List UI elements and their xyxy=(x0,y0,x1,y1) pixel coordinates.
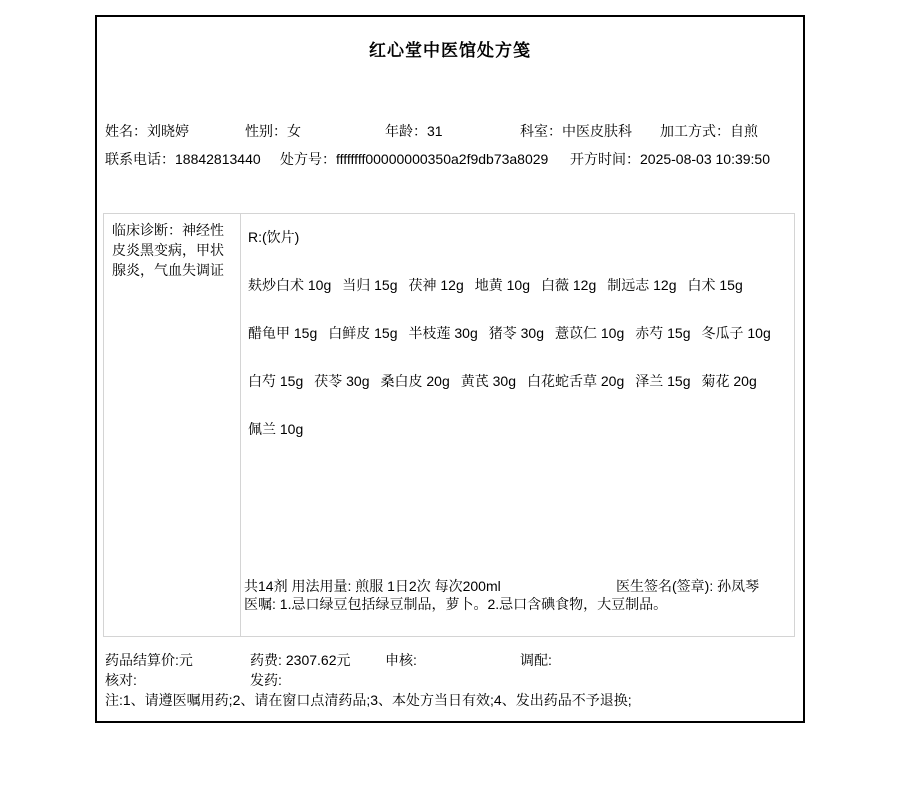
name-value: 刘晓婷 xyxy=(147,123,189,139)
herb-item: 半枝莲 30g xyxy=(409,323,478,343)
herb-item: 茯苓 30g xyxy=(314,371,369,391)
patient-age-field: 年龄：31 xyxy=(385,121,443,141)
herb-item: 麸炒白术 10g xyxy=(248,275,331,295)
herb-item: 佩兰 10g xyxy=(248,419,303,439)
herb-item: 冬瓜子 10g xyxy=(702,323,771,343)
herb-line: 醋龟甲 15g白鲜皮 15g半枝莲 30g猪苓 30g薏苡仁 10g赤芍 15g… xyxy=(248,323,788,371)
age-label: 年龄： xyxy=(385,123,427,139)
phone-value: 18842813440 xyxy=(175,151,261,167)
herb-lines: 麸炒白术 10g当归 15g茯神 12g地黄 10g白薇 12g制远志 12g白… xyxy=(248,275,788,467)
rx-header: R:(饮片) xyxy=(248,227,299,247)
herb-item: 地黄 10g xyxy=(475,275,530,295)
prepare-field: 调配: xyxy=(520,650,552,670)
herb-item: 白薇 12g xyxy=(541,275,596,295)
gender-value: 女 xyxy=(287,123,301,139)
prescribe-time-field: 开方时间：2025-08-03 10:39:50 xyxy=(570,149,770,169)
settle-price-label: 药品结算价: xyxy=(105,652,179,668)
fee-field: 药费:2307.62元 xyxy=(250,650,351,670)
check-field: 核对: xyxy=(105,670,137,690)
age-value: 31 xyxy=(427,123,443,139)
patient-gender-field: 性别：女 xyxy=(245,121,301,141)
medical-instructions: 医嘱: 1.忌口绿豆包括绿豆制品，萝卜。2.忌口含碘食物，大豆制品。 xyxy=(244,594,696,614)
processing-label: 加工方式： xyxy=(660,123,730,139)
prescription-sheet: 红心堂中医馆处方笺 姓名：刘晓婷 性别：女 年龄：31 科室：中医皮肤科 加工方… xyxy=(95,15,805,723)
review-field: 申核: xyxy=(385,650,417,670)
herb-item: 白芍 15g xyxy=(248,371,303,391)
fee-value: 2307.62元 xyxy=(286,652,351,668)
herb-line: 白芍 15g茯苓 30g桑白皮 20g黄芪 30g白花蛇舌草 20g泽兰 15g… xyxy=(248,371,788,419)
doctor-sign-label: 医生签名(签章): xyxy=(616,578,713,594)
time-label: 开方时间： xyxy=(570,151,640,167)
herb-item: 茯神 12g xyxy=(409,275,464,295)
page-title: 红心堂中医馆处方笺 xyxy=(97,36,803,61)
herb-item: 赤芍 15g xyxy=(635,323,690,343)
herb-item: 菊花 20g xyxy=(702,371,757,391)
doctor-signature: 医生签名(签章): 孙凤琴 xyxy=(616,576,759,596)
department-value: 中医皮肤科 xyxy=(562,123,632,139)
diagnosis-label: 临床诊断： xyxy=(112,222,182,238)
herb-item: 泽兰 15g xyxy=(635,371,690,391)
herb-item: 黄芪 30g xyxy=(461,371,516,391)
settle-price-field: 药品结算价:元 xyxy=(105,650,193,670)
herb-item: 制远志 12g xyxy=(607,275,676,295)
doctor-name: 孙凤琴 xyxy=(717,578,759,594)
herb-item: 醋龟甲 15g xyxy=(248,323,317,343)
dosage-usage: 共14剂 用法用量: 煎服 1日2次 每次200ml xyxy=(244,576,501,596)
processing-method-field: 加工方式：自煎 xyxy=(660,121,758,141)
fee-label: 药费: xyxy=(250,652,282,668)
settle-price-unit: 元 xyxy=(179,652,193,668)
gender-label: 性别： xyxy=(245,123,287,139)
herb-item: 当归 15g xyxy=(342,275,397,295)
clinical-diagnosis: 临床诊断：神经性皮炎黑变病，甲状腺炎，气血失调证 xyxy=(104,214,241,636)
rx-number-label: 处方号： xyxy=(280,151,336,167)
phone-field: 联系电话：18842813440 xyxy=(105,149,261,169)
rx-number-value: ffffffff00000000350a2f9db73a8029 xyxy=(336,151,548,167)
herb-item: 桑白皮 20g xyxy=(381,371,450,391)
herb-item: 猪苓 30g xyxy=(489,323,544,343)
phone-label: 联系电话： xyxy=(105,151,175,167)
herb-item: 薏苡仁 10g xyxy=(555,323,624,343)
department-label: 科室： xyxy=(520,123,562,139)
name-label: 姓名： xyxy=(105,123,147,139)
herb-line: 麸炒白术 10g当归 15g茯神 12g地黄 10g白薇 12g制远志 12g白… xyxy=(248,275,788,323)
time-value: 2025-08-03 10:39:50 xyxy=(640,151,770,167)
patient-name-field: 姓名：刘晓婷 xyxy=(105,121,189,141)
dispense-field: 发药: xyxy=(250,670,282,690)
rx-number-field: 处方号：ffffffff00000000350a2f9db73a8029 xyxy=(280,149,548,169)
processing-value: 自煎 xyxy=(730,123,758,139)
footer-note: 注:1、请遵医嘱用药;2、请在窗口点清药品;3、本处方当日有效;4、发出药品不予… xyxy=(105,690,632,710)
herb-item: 白术 15g xyxy=(688,275,743,295)
herb-line: 佩兰 10g xyxy=(248,419,788,467)
department-field: 科室：中医皮肤科 xyxy=(520,121,632,141)
herb-item: 白鲜皮 15g xyxy=(328,323,397,343)
prescription-box: 临床诊断：神经性皮炎黑变病，甲状腺炎，气血失调证 R:(饮片) 麸炒白术 10g… xyxy=(103,213,795,637)
herb-item: 白花蛇舌草 20g xyxy=(527,371,624,391)
